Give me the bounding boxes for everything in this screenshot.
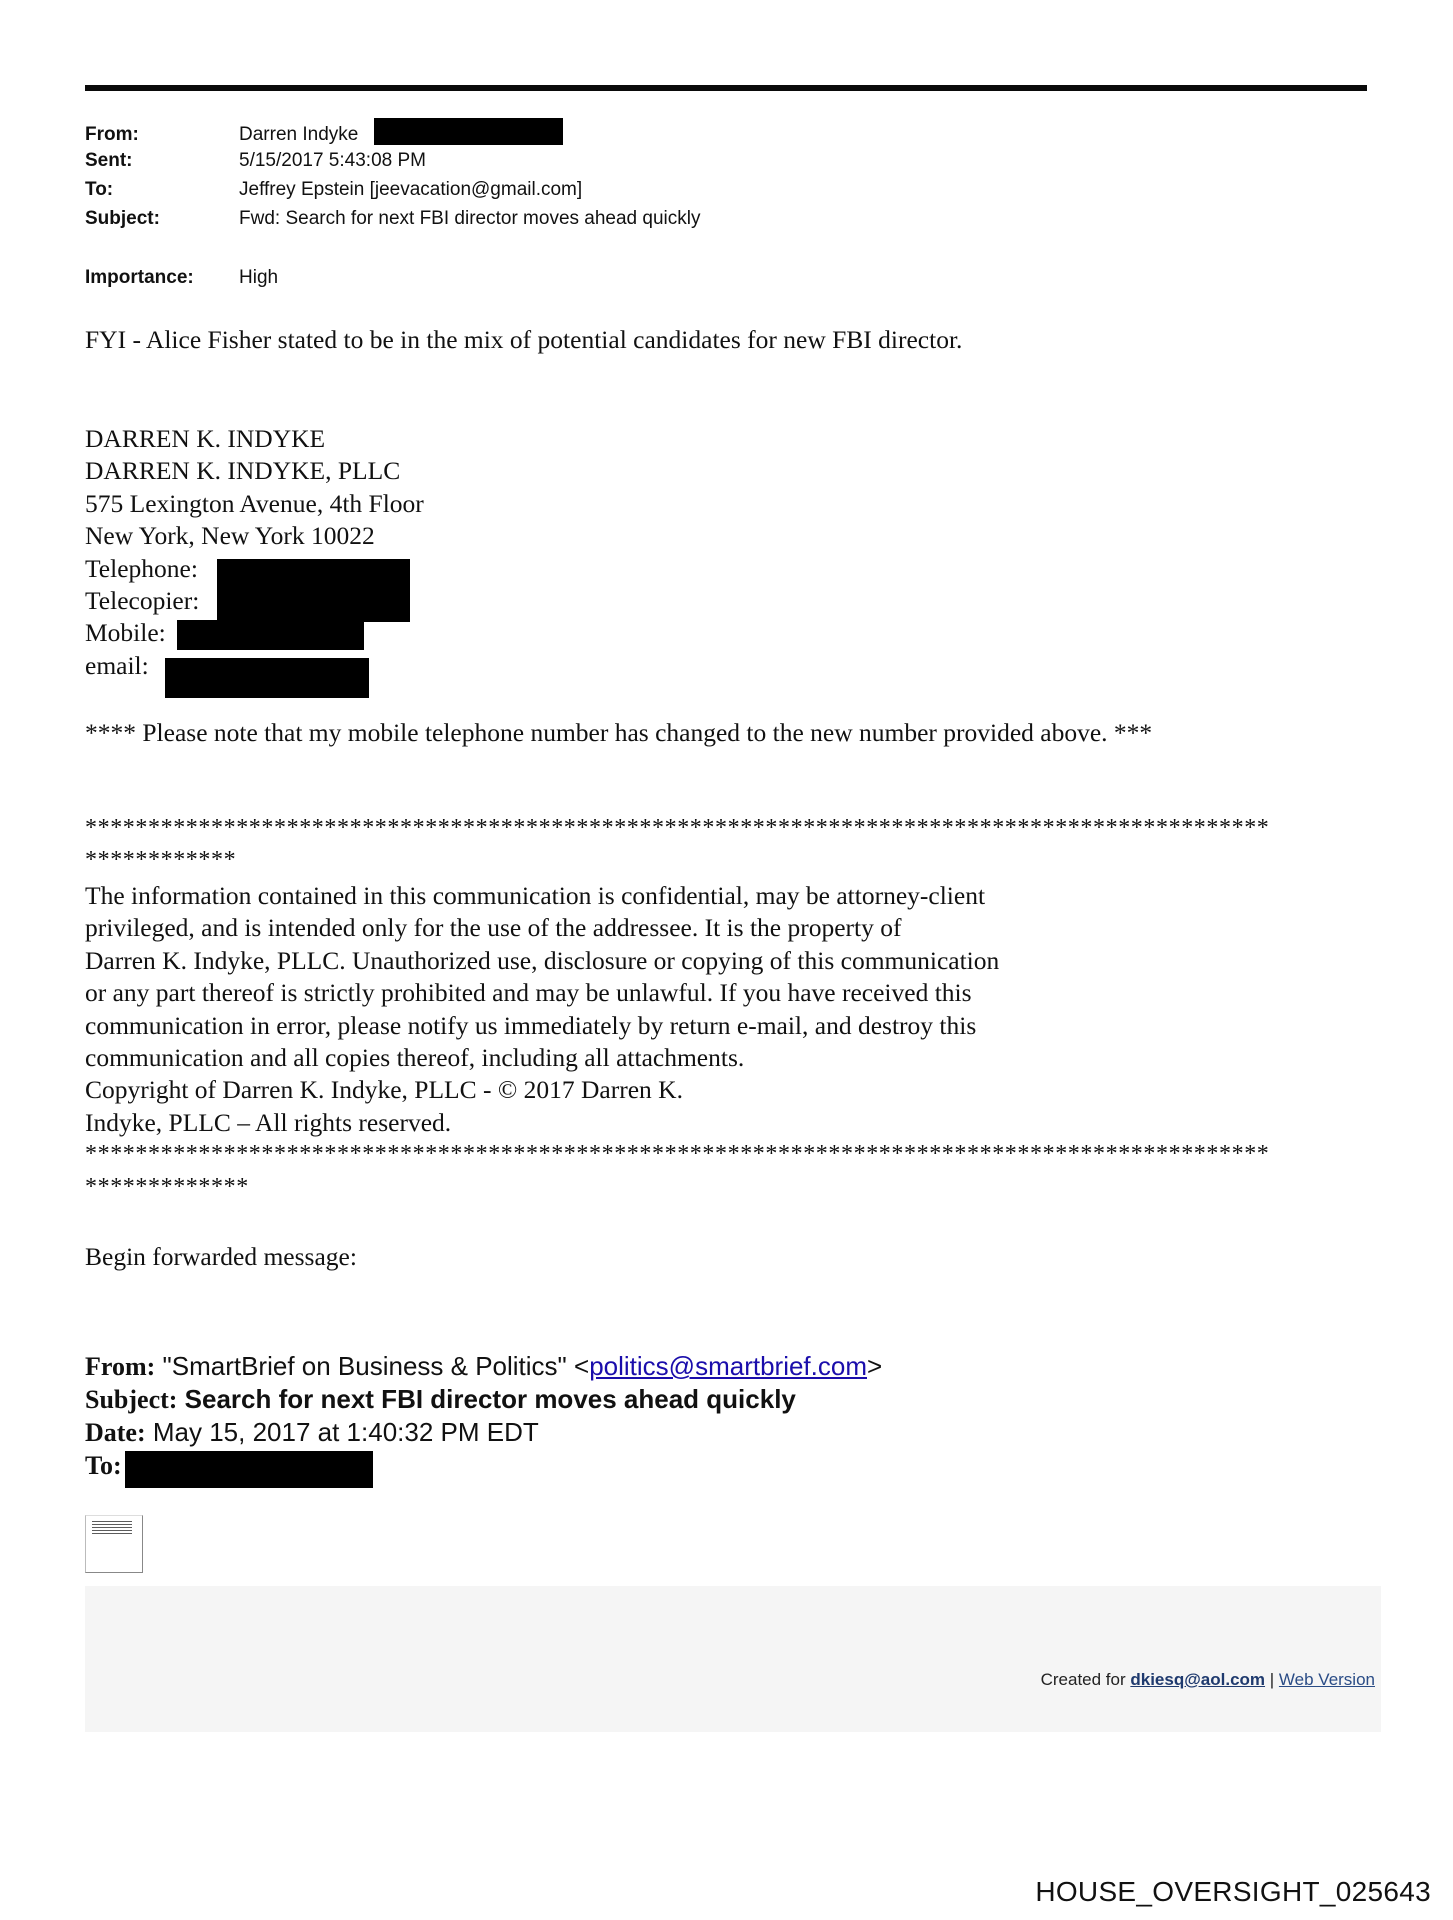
- forwarded-date-value: May 15, 2017 at 1:40:32 PM EDT: [153, 1417, 539, 1447]
- forwarded-from-close: >: [867, 1351, 882, 1381]
- created-for-label: Created for: [1041, 1670, 1131, 1689]
- redaction-mobile: [177, 620, 364, 650]
- from-value: Darren Indyke: [239, 120, 358, 149]
- created-for-email-link[interactable]: dkiesq@aol.com: [1130, 1670, 1265, 1689]
- footer-separator: |: [1265, 1670, 1279, 1689]
- redaction-forwarded-to: [125, 1451, 373, 1488]
- separator-stars-2b: *************: [85, 1171, 249, 1203]
- redaction-from-email: [374, 118, 563, 145]
- forwarded-from-row: From: "SmartBrief on Business & Politics…: [85, 1350, 882, 1383]
- forwarded-subject-label: Subject:: [85, 1385, 177, 1414]
- subject-value: Fwd: Search for next FBI director moves …: [239, 204, 700, 233]
- sent-value: 5/15/2017 5:43:08 PM: [239, 146, 426, 175]
- disclaimer-line: The information contained in this commun…: [85, 880, 999, 912]
- newsletter-footer-bar: [85, 1586, 1381, 1732]
- bates-number: HOUSE_OVERSIGHT_025643: [1035, 1876, 1431, 1908]
- disclaimer-line: Copyright of Darren K. Indyke, PLLC - © …: [85, 1074, 999, 1106]
- sent-label: Sent:: [85, 146, 133, 175]
- forwarded-to-label: To:: [85, 1451, 122, 1480]
- newsletter-image-placeholder[interactable]: [85, 1515, 143, 1573]
- forwarded-subject-value: Search for next FBI director moves ahead…: [185, 1384, 796, 1414]
- redaction-email: [165, 658, 369, 698]
- disclaimer-line: Darren K. Indyke, PLLC. Unauthorized use…: [85, 945, 999, 977]
- forwarded-from-label: From:: [85, 1352, 155, 1381]
- newsletter-footer-text: Created for dkiesq@aol.com | Web Version: [1041, 1670, 1375, 1690]
- disclaimer-line: Indyke, PLLC – All rights reserved.: [85, 1107, 999, 1139]
- separator-stars-2a: ****************************************…: [85, 1138, 1375, 1170]
- to-label: To:: [85, 175, 113, 204]
- importance-value: High: [239, 263, 278, 292]
- mobile-change-note: **** Please note that my mobile telephon…: [85, 717, 1152, 749]
- confidentiality-disclaimer: The information contained in this commun…: [85, 880, 999, 1139]
- from-label: From:: [85, 120, 139, 149]
- forwarded-date-label: Date:: [85, 1418, 146, 1447]
- forwarded-from-email-link[interactable]: politics@smartbrief.com: [589, 1351, 867, 1381]
- disclaimer-line: or any part thereof is strictly prohibit…: [85, 977, 999, 1009]
- web-version-link[interactable]: Web Version: [1279, 1670, 1375, 1689]
- signature-firm: DARREN K. INDYKE, PLLC: [85, 455, 424, 487]
- forwarded-subject-row: Subject: Search for next FBI director mo…: [85, 1383, 882, 1416]
- signature-name: DARREN K. INDYKE: [85, 423, 424, 455]
- image-placeholder-text-lines: [92, 1521, 132, 1535]
- top-rule: [85, 85, 1367, 91]
- separator-stars-1b: ************: [85, 844, 236, 876]
- disclaimer-line: communication and all copies thereof, in…: [85, 1042, 999, 1074]
- signature-address-line1: 575 Lexington Avenue, 4th Floor: [85, 488, 424, 520]
- subject-label: Subject:: [85, 204, 160, 233]
- separator-stars-1a: ****************************************…: [85, 812, 1375, 844]
- importance-label: Importance:: [85, 263, 194, 292]
- begin-forwarded-message: Begin forwarded message:: [85, 1241, 357, 1273]
- forwarded-from-name: "SmartBrief on Business & Politics" <: [163, 1351, 590, 1381]
- disclaimer-line: communication in error, please notify us…: [85, 1010, 999, 1042]
- forwarded-date-row: Date: May 15, 2017 at 1:40:32 PM EDT: [85, 1416, 882, 1449]
- fyi-message: FYI - Alice Fisher stated to be in the m…: [85, 324, 962, 356]
- disclaimer-line: privileged, and is intended only for the…: [85, 912, 999, 944]
- to-value: Jeffrey Epstein [jeevacation@gmail.com]: [239, 175, 582, 204]
- redaction-telephone: [217, 559, 410, 622]
- signature-address-line2: New York, New York 10022: [85, 520, 424, 552]
